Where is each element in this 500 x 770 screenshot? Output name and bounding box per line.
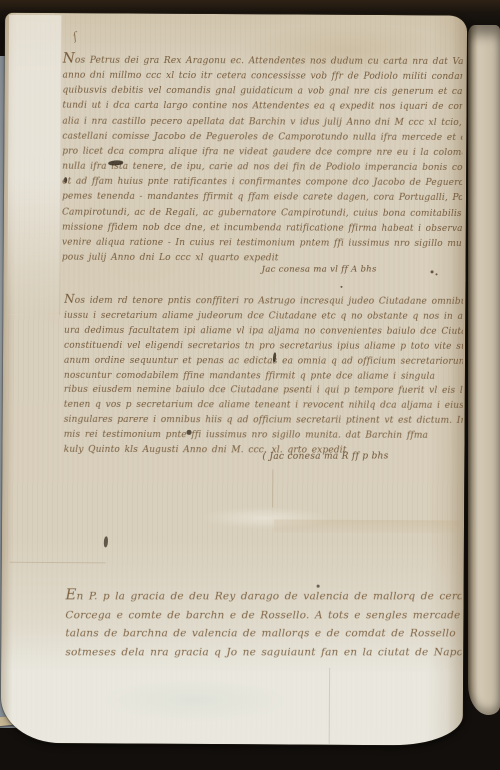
manuscript-line: Corcega e comte de barchn e de Rossello.…	[65, 606, 461, 625]
manuscript-line: castellani comisse Jacobo de Pegueroles …	[62, 129, 462, 146]
ink-dot	[340, 286, 342, 288]
manuscript-line: Nos Petrus dei gra Rex Aragonu ec. Atten…	[63, 52, 463, 71]
hinge-guard-strip	[7, 15, 62, 315]
manuscript-line: et ad ffam huius pnte ratificantes i con…	[62, 175, 462, 192]
catalan-entry: En P. p la gracia de deu Rey darago de v…	[65, 585, 461, 663]
pen-flourish: ſ	[71, 30, 79, 44]
manuscript-line: anno dni millmo ccc xl tcio itr cetera c…	[62, 69, 462, 86]
paper-crease	[329, 668, 330, 744]
ink-blot	[317, 585, 320, 588]
chancery-note-2: ( Jac conesa ma R ff p bhs	[262, 451, 388, 462]
latin-entry-1: Nos Petrus dei gra Rex Aragonu ec. Atten…	[62, 52, 463, 267]
chancery-note-1: Jac conesa ma vl ff A bhs	[262, 265, 377, 275]
ink-blot	[64, 177, 67, 183]
manuscript-line: sotmeses dela nra gracia q Jo ne saguiau…	[65, 643, 461, 662]
manuscript-line: Campirotundi, ac de Regali, ac gubernato…	[62, 205, 462, 222]
manuscript-photo: ſ Nos Petrus dei gra Rex Aragonu ec. Att…	[0, 0, 500, 770]
manuscript-line: tundi ut i dca carta largo contine nos A…	[62, 99, 462, 116]
manuscript-line: noscuntur comodabilem ffine mandantes ff…	[64, 368, 463, 384]
manuscript-line: pemes tenenda - mandantes ffirmit q ffam…	[62, 190, 462, 207]
repair-seam	[274, 519, 460, 533]
manuscript-line: missione ffidem nob dce dne, et incumben…	[62, 220, 462, 237]
manuscript-line: En P. p la gracia de deu Rey darago de v…	[65, 585, 461, 606]
latin-entry-2: Nos idem rd tenore pntis conffiteri ro A…	[64, 292, 463, 459]
manuscript-line: ribus eiusdem nemine baiulo dce Ciutadan…	[64, 383, 463, 399]
ink-dot	[436, 273, 438, 275]
manuscript-line: alia i nra castillo pecero apellata dat …	[62, 114, 462, 131]
ink-blot	[103, 536, 108, 547]
manuscript-line: talans de barchna de valencia de mallorq…	[65, 625, 461, 644]
repair-seam	[10, 562, 106, 564]
manuscript-line: anum ordine sequuntur et penas ac edicta…	[64, 353, 463, 369]
manuscript-line: mis rei testimonium pnte ffi iussimus nr…	[64, 428, 463, 444]
manuscript-line: iussu i secretarium aliame judeorum dce …	[64, 309, 463, 325]
manuscript-line: ura dedimus facultatem ipi aliame vl ipa…	[64, 324, 463, 340]
manuscript-page: ſ Nos Petrus dei gra Rex Aragonu ec. Att…	[1, 13, 467, 746]
ink-dot	[431, 270, 434, 273]
repair-seam	[272, 469, 273, 507]
manuscript-line: constituendi vel eligendi secretarios tn…	[64, 339, 463, 355]
next-folio-edge	[468, 25, 500, 715]
ink-blot	[187, 430, 192, 435]
manuscript-line: singulares parere i omnibus hiis q ad of…	[64, 413, 463, 429]
manuscript-line: pro licet dca compra alique ifra ne vide…	[62, 145, 462, 162]
manuscript-line: Nos idem rd tenore pntis conffiteri ro A…	[64, 292, 463, 310]
manuscript-line: venire aliqua ratione - In cuius rei tes…	[62, 236, 462, 253]
manuscript-line: quibusvis debitis vel comandis gnal guid…	[62, 84, 462, 101]
manuscript-line: tenen q vos p secretarium dce aliame ten…	[64, 398, 463, 414]
